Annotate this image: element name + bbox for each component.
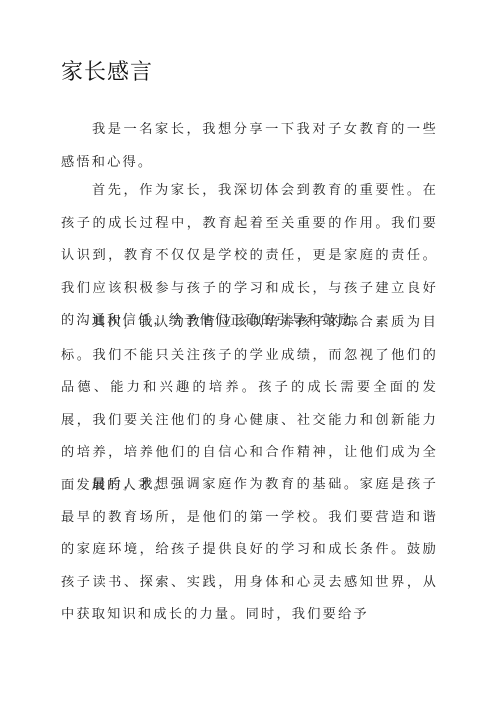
document-title: 家长感言 — [61, 60, 153, 86]
paragraph-intro: 我是一名家长，我想分享一下我对子女教育的一些感悟和心得。 — [61, 114, 438, 179]
paragraph-last: 最后，我想强调家庭作为教育的基础。家庭是孩子最早的教育场所，是他们的第一学校。我… — [61, 469, 438, 632]
